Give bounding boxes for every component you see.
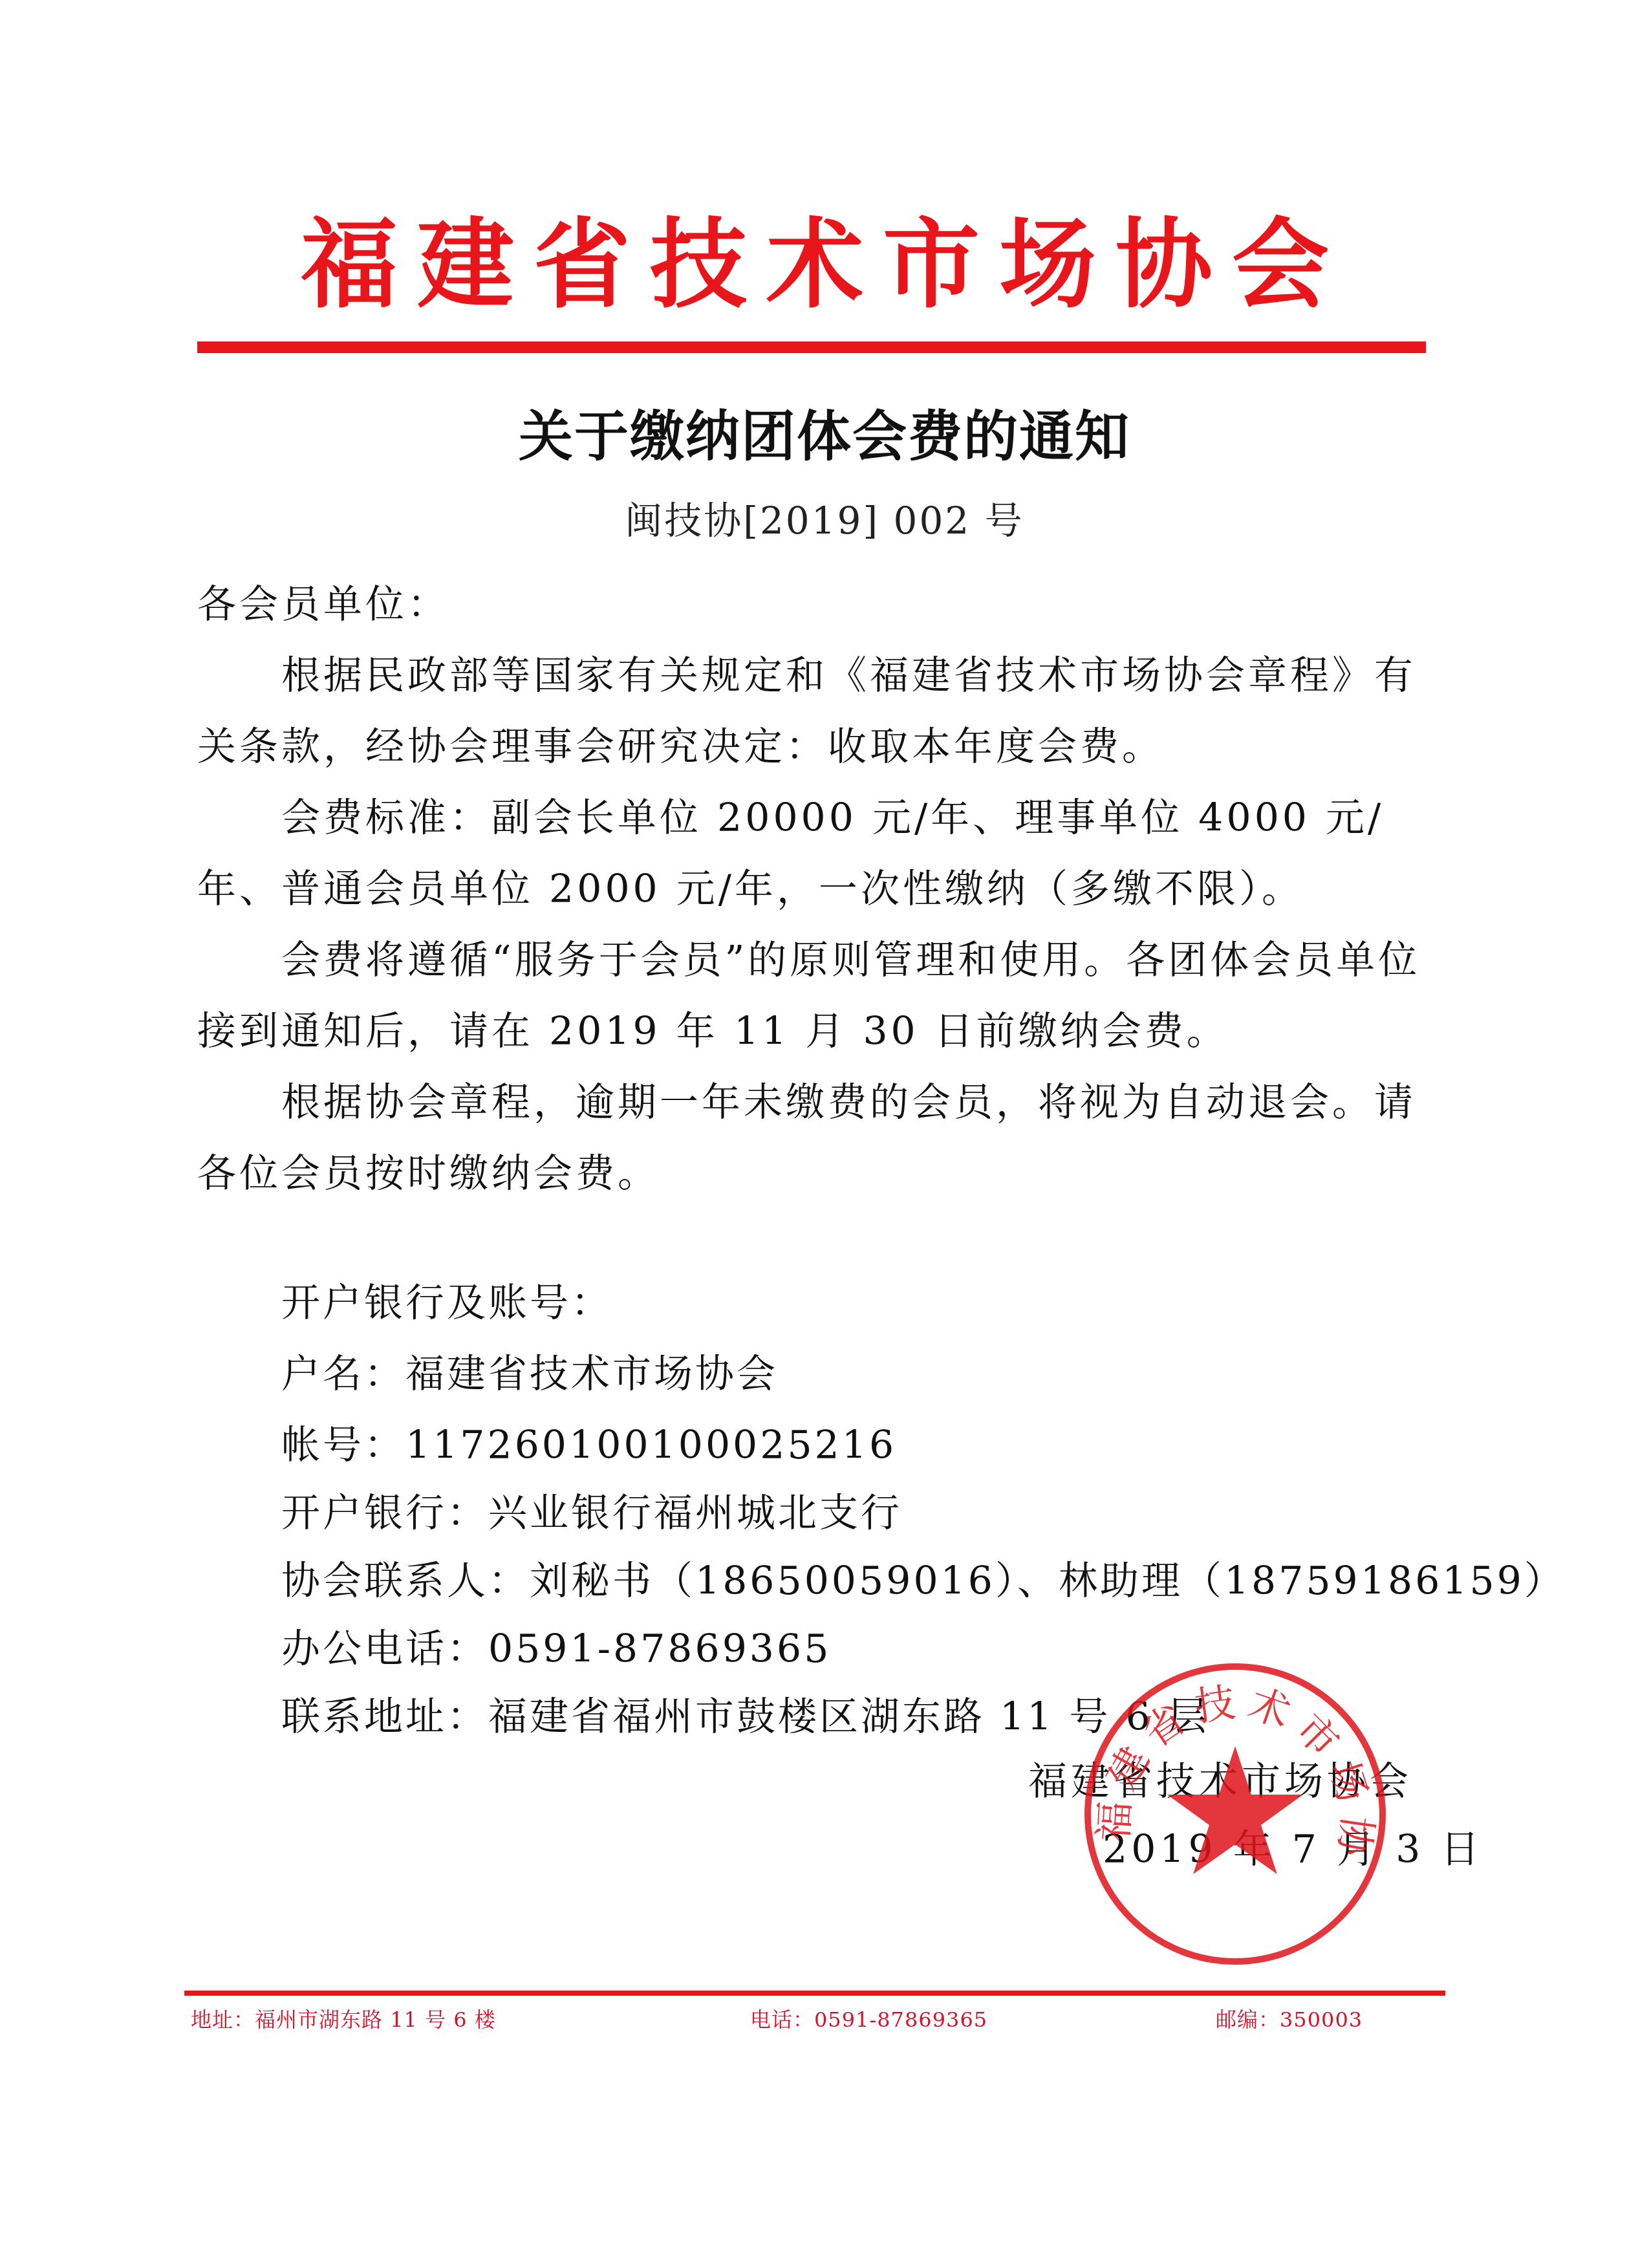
office-phone: 办公电话：0591-87869365 bbox=[281, 1623, 831, 1675]
footer-address: 地址：福州市湖东路 11 号 6 楼 bbox=[191, 2003, 496, 2033]
account-number: 帐号：117260100100025216 bbox=[281, 1420, 896, 1471]
contact-address: 联系地址：福建省福州市鼓楼区湖东路 11 号 6 层 bbox=[281, 1691, 1209, 1743]
signature-org: 福建省技术市场协会 bbox=[1028, 1756, 1412, 1808]
footer-postcode: 邮编：350003 bbox=[1216, 2003, 1363, 2033]
contact-persons: 协会联系人：刘秘书（18650059016）、林助理（18759186159） bbox=[281, 1555, 1566, 1607]
bank-heading: 开户银行及账号： bbox=[281, 1277, 612, 1329]
account-name: 户名：福建省技术市场协会 bbox=[281, 1348, 778, 1400]
footer-divider bbox=[184, 1991, 1445, 1996]
notice-title: 关于缴纳团体会费的通知 bbox=[0, 404, 1649, 469]
paragraph-withdrawal: 根据协会章程，逾期一年未缴费的会员，将视为自动退会。请各位会员按时缴纳会费。 bbox=[197, 1067, 1432, 1209]
footer-phone: 电话：0591-87869365 bbox=[750, 2003, 987, 2033]
letterhead-org-name: 福建省技术市场协会 bbox=[0, 213, 1649, 317]
paragraph-deadline: 会费将遵循“服务于会员”的原则管理和使用。各团体会员单位接到通知后，请在 201… bbox=[197, 925, 1432, 1067]
paragraph-regulation: 根据民政部等国家有关规定和《福建省技术市场协会章程》有关条款，经协会理事会研究决… bbox=[197, 640, 1432, 783]
document-number: 闽技协[2019] 002 号 bbox=[0, 498, 1649, 543]
letterhead-divider bbox=[197, 341, 1426, 353]
bank-name: 开户银行：兴业银行福州城北支行 bbox=[281, 1487, 902, 1539]
signature-date: 2019 年 7 月 3 日 bbox=[1103, 1824, 1483, 1875]
paragraph-fee-standard: 会费标准：副会长单位 20000 元/年、理事单位 4000 元/年、普通会员单… bbox=[197, 783, 1432, 925]
salutation: 各会员单位： bbox=[197, 569, 1432, 640]
